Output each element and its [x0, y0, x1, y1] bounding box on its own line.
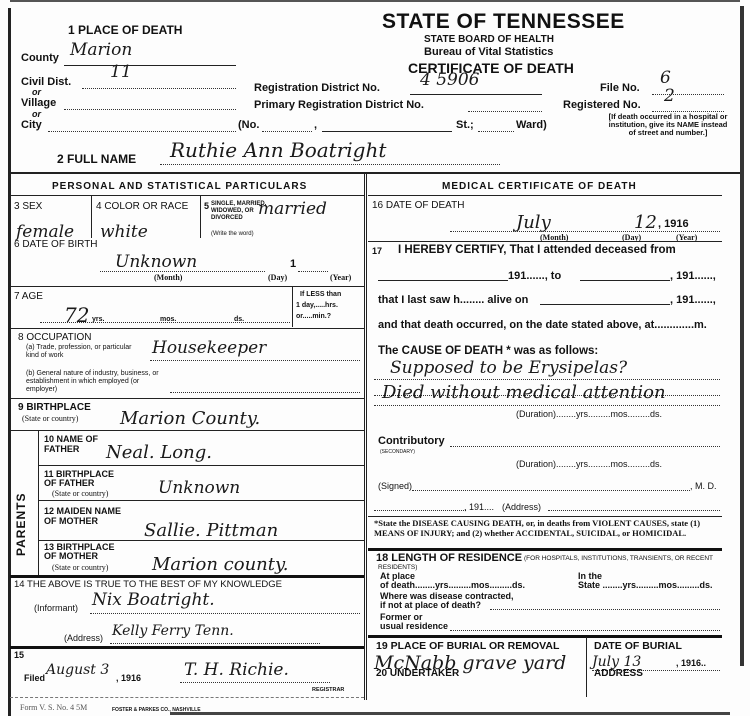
physician-address-label: (Address)	[502, 502, 541, 512]
duration-line-2: (Duration)........yrs.........mos.......…	[516, 459, 662, 469]
hospital-note: [If death occurred in a hospital or inst…	[606, 113, 730, 137]
border-top	[10, 0, 740, 2]
registration-district-value: 4 5906	[420, 70, 479, 90]
marital-value: married	[258, 199, 327, 219]
mother-birthplace-value: Marion county.	[152, 554, 289, 575]
filed-label: Filed	[24, 673, 45, 683]
age-label: 7 AGE	[14, 291, 43, 302]
father-name-label: 10 NAME OF FATHER	[44, 434, 104, 454]
filed-year: , 1916	[116, 673, 141, 683]
registered-no-value: 2	[664, 86, 675, 106]
dob-label: 6 DATE OF BIRTH	[14, 239, 98, 250]
informant-address-label: (Address)	[64, 633, 103, 643]
residence-place-of-death: of death........yrs.........mos.........…	[380, 580, 525, 590]
form-number: Form V. S. No. 4 5M	[20, 703, 87, 712]
medical-heading: MEDICAL CERTIFICATE OF DEATH	[442, 181, 637, 192]
border-right	[740, 6, 744, 666]
informant-value: Nix Boatright.	[92, 590, 215, 610]
age-years-value: 72	[64, 303, 89, 327]
date-of-death-label: 16 DATE OF DEATH	[372, 200, 464, 211]
column-divider	[364, 172, 367, 700]
informant-label: (Informant)	[34, 603, 78, 613]
burial-date-label: DATE OF BURIAL	[594, 640, 682, 652]
last-saw-line: that I last saw h........ alive on	[378, 294, 528, 306]
registrar-label: REGISTRAR	[312, 686, 344, 694]
burial-place-label: 19 PLACE OF BURIAL OR REMOVAL	[376, 640, 559, 652]
border-left	[8, 8, 11, 716]
file-no-label: File No.	[600, 82, 640, 94]
contributory-label: Contributory	[378, 435, 445, 447]
occupation-label: 8 OCCUPATION	[18, 332, 92, 343]
village-label: Village	[21, 97, 56, 109]
registration-district-label: Registration District No.	[254, 82, 380, 94]
filed-date-value: August 3	[46, 662, 109, 678]
place-of-death-heading: 1 PLACE OF DEATH	[68, 23, 182, 37]
signed-label: (Signed)	[378, 481, 412, 491]
city-label: City	[21, 119, 42, 131]
cause-of-death-line1: Supposed to be Erysipelas?	[390, 358, 627, 378]
father-name-value: Neal. Long.	[106, 442, 212, 463]
knowledge-label: 14 THE ABOVE IS TRUE TO THE BEST OF MY K…	[14, 579, 282, 590]
personal-heading: PERSONAL AND STATISTICAL PARTICULARS	[52, 181, 307, 192]
registered-no-label: Registered No.	[563, 99, 641, 111]
birthplace-value: Marion County.	[120, 408, 260, 429]
residence-in-state: State ........yrs.........mos.........ds…	[578, 580, 713, 590]
mother-name-value: Sallie. Pittman	[144, 520, 278, 541]
mother-birthplace-label: 13 BIRTHPLACE OF MOTHER	[44, 543, 124, 561]
parents-label: PARENTS	[14, 476, 28, 556]
file-no-value: 6	[660, 68, 671, 88]
cause-of-death-line2: Died without medical attention	[382, 382, 666, 403]
printer-imprint: FOSTER & PARKES CO., NASHVILLE	[112, 706, 201, 714]
civil-dist-label: Civil Dist.	[21, 76, 71, 88]
mother-name-label: 12 MAIDEN NAME OF MOTHER	[44, 506, 134, 526]
state-title: STATE OF TENNESSEE	[382, 10, 625, 34]
where-contracted-label: if not at place of death?	[380, 600, 481, 610]
date-of-death-day: 12	[634, 212, 657, 233]
occupation-a-value: Housekeeper	[152, 338, 266, 358]
father-birthplace-label: 11 BIRTHPLACE OF FATHER	[44, 470, 124, 488]
death-occurred-line: and that death occurred, on the date sta…	[378, 319, 707, 331]
undertaker-address-label: ADDRESS	[594, 668, 643, 679]
civil-dist-value: 11	[110, 62, 132, 82]
border-bottom	[170, 712, 730, 715]
occupation-b-label: (b) General nature of industry, business…	[26, 370, 171, 394]
race-value: white	[100, 222, 148, 242]
death-certificate: STATE OF TENNESSEE STATE BOARD OF HEALTH…	[0, 0, 750, 716]
cause-footnote: *State the DISEASE CAUSING DEATH, or, in…	[374, 518, 720, 538]
date-of-death-month: July	[516, 212, 551, 233]
occupation-a-label: (a) Trade, profession, or particular kin…	[26, 344, 146, 360]
less-than-line3: or.....min.?	[296, 313, 331, 321]
cause-of-death-label: The CAUSE OF DEATH * was as follows:	[378, 345, 598, 357]
birthplace-label: 9 BIRTHPLACE	[18, 402, 91, 413]
father-birthplace-value: Unknown	[158, 478, 240, 498]
informant-address-value: Kelly Ferry Tenn.	[112, 623, 234, 639]
undertaker-label: 20 UNDERTAKER	[376, 668, 459, 679]
duration-line-1: (Duration)........yrs.........mos.......…	[516, 409, 662, 419]
less-than-line2: 1 day,.....hrs.	[296, 302, 338, 310]
former-residence-label: usual residence	[380, 621, 448, 631]
certify-statement: I HEREBY CERTIFY, That I attended deceas…	[398, 244, 676, 256]
dob-month-value: Unknown	[115, 252, 197, 272]
sex-label: 3 SEX	[14, 201, 42, 212]
bureau-title: Bureau of Vital Statistics	[424, 46, 553, 58]
county-value: Marion	[70, 40, 132, 60]
less-than-line1: If LESS than	[300, 291, 341, 299]
race-label: 4 COLOR OR RACE	[96, 201, 188, 212]
registrar-value: T. H. Richie.	[184, 660, 289, 680]
county-label: County	[21, 52, 59, 64]
board-title: STATE BOARD OF HEALTH	[424, 34, 554, 45]
full-name-label: 2 FULL NAME	[57, 152, 136, 166]
primary-registration-label: Primary Registration District No.	[254, 99, 424, 111]
full-name-value: Ruthie Ann Boatright	[170, 138, 386, 162]
burial-year: , 1916..	[676, 658, 706, 668]
date-of-death-year: , 1916	[658, 218, 689, 230]
